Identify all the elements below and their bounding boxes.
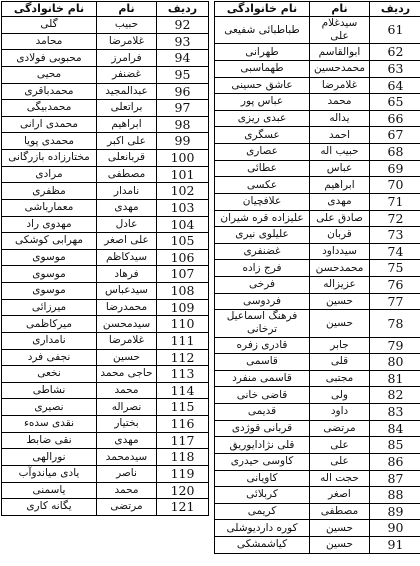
row-number-cell: 108 [157,283,209,300]
family-name-cell: عطائی [215,160,310,177]
table-row: 64غلامرضاعاشق حسینی [215,77,420,94]
family-name-cell: عصاری [215,144,310,161]
family-name-cell: نصیری [2,399,97,416]
table-row: 115نصرالهنصیری [2,399,209,416]
table-row: 69عباسعطائی [215,160,420,177]
row-number-cell: 107 [157,266,209,283]
first-name-cell: مهدی [97,199,157,216]
table-row: 67احمدعسگری [215,127,420,144]
table-row: 78حسینفرهنگ اسماعیل ترخانی [215,310,420,337]
family-name-cell: مظفری [2,183,97,200]
family-name-cell: قاسمی منفرد [215,370,310,387]
first-name-cell: حسین [310,293,370,310]
row-number-cell: 73 [370,227,420,244]
table-row: 103مهدیمعمارباشی [2,199,209,216]
table-row: 104عادلمهدوی راد [2,216,209,233]
row-number-cell: 87 [370,470,420,487]
family-name-cell: کاوسی حیدری [215,453,310,470]
family-name-cell: یاسمنی [2,482,97,499]
table-row: 65محمدعباس پور [215,94,420,111]
family-name-cell: میرزائی [2,299,97,316]
first-name-cell: مجتبی [310,370,370,387]
first-name-cell: براتعلی [97,100,157,117]
first-name-cell: ابوالقاسم [310,44,370,61]
table-row: 99علی اکبرمحمدی پویا [2,133,209,150]
first-name-cell: احمد [310,127,370,144]
row-number-cell: 115 [157,399,209,416]
row-number-cell: 93 [157,33,209,50]
table-row: 66یدالهعبدی ریزی [215,110,420,127]
first-name-cell: علی [310,437,370,454]
row-number-cell: 94 [157,50,209,67]
table-row: 106سیدکاظمموسوی [2,249,209,266]
row-number-cell: 67 [370,127,420,144]
family-name-cell: عاشق حسینی [215,77,310,94]
row-number-cell: 83 [370,404,420,421]
first-name-cell: حاجی محمد [97,366,157,383]
first-name-cell: محمد [97,382,157,399]
table-row: 86علیکاوسی حیدری [215,453,420,470]
row-number-cell: 77 [370,293,420,310]
table-row: 79جابرقادری زفره [215,337,420,354]
table-row: 68حبیب الهعصاری [215,144,420,161]
row-number-cell: 69 [370,160,420,177]
row-number-cell: 101 [157,166,209,183]
family-name-cell: طباطبائی شفیعی [215,17,310,44]
family-name-cell: عبدی ریزی [215,110,310,127]
table-row: 113حاجی محمدنخعی [2,366,209,383]
row-number-cell: 103 [157,199,209,216]
row-number-cell: 86 [370,453,420,470]
table-row: 120محمدیاسمنی [2,482,209,499]
row-number-cell: 116 [157,416,209,433]
first-name-cell: یداله [310,110,370,127]
family-name-cell: میرکاظمی [2,316,97,333]
row-number-cell: 82 [370,387,420,404]
family-name-cell: عسگری [215,127,310,144]
first-name-cell: محمد [310,94,370,111]
first-name-cell: علی اکبر [97,133,157,150]
row-number-cell: 102 [157,183,209,200]
table-row: 61سیدغلام علیطباطبائی شفیعی [215,17,420,44]
names-table-right: ردیف نام نام خانوادگی 61سیدغلام علیطباطب… [214,1,420,554]
first-name-cell: حبیب [97,17,157,34]
first-name-cell: حسین [310,537,370,554]
family-name-cell: عکسی [215,177,310,194]
family-name-cell: یادی میاندوآب [2,465,97,482]
family-name-cell: نشاطی [2,382,97,399]
document-page: ردیف نام نام خانوادگی 92حبیبگلی93غلامرضا… [0,0,420,554]
row-number-cell: 109 [157,299,209,316]
table-row: 97براتعلیمحمدبیگی [2,100,209,117]
first-name-cell: سیدمحسن [97,316,157,333]
table-row: 84مرتضیقربانی قوژدی [215,420,420,437]
table-row: 94فرامرزمحبوبی فولادی [2,50,209,67]
family-name-cell: قلی نژادایوریق [215,437,310,454]
table-row: 118سیدمحمدنورالهی [2,449,209,466]
row-number-cell: 91 [370,537,420,554]
table-row: 109محمدرضامیرزائی [2,299,209,316]
table-row: 101مصطفیمرادی [2,166,209,183]
table-row: 80قلیقاسمی [215,354,420,371]
table-row: 111غلامرضانامداری [2,332,209,349]
table-row: 88اصغرکربلائی [215,487,420,504]
row-number-cell: 76 [370,277,420,294]
row-number-cell: 63 [370,60,420,77]
first-name-cell: ابراهیم [97,116,157,133]
first-name-cell: محمدرضا [97,299,157,316]
first-name-cell: قربان [310,227,370,244]
family-name-cell: فرج زاده [215,260,310,277]
family-name-cell: محمدباقری [2,83,97,100]
family-name-cell: محیی [2,66,97,83]
first-name-cell: مرتضی [97,499,157,516]
family-name-cell: طهرانی [215,44,310,61]
table-row: 100قربانعلیمختارزاده بازرگانی [2,150,209,167]
first-name-cell: حسین [310,520,370,537]
family-name-cell: فرهنگ اسماعیل ترخانی [215,310,310,337]
table-row: 75محمدحسنفرج زاده [215,260,420,277]
row-number-cell: 78 [370,310,420,337]
first-name-cell: قلی [310,354,370,371]
table-row: 95غضنفرمحیی [2,66,209,83]
first-name-cell: قربانعلی [97,150,157,167]
family-name-cell: نامداری [2,332,97,349]
first-name-cell: فرامرز [97,50,157,67]
first-name-cell: مهدی [310,193,370,210]
family-name-cell: علیلوی نیری [215,227,310,244]
row-number-cell: 66 [370,110,420,127]
family-name-cell: علیزاده قره شیران [215,210,310,227]
first-name-cell: علی اصغر [97,233,157,250]
table-row: 96عبدالمجیدمحمدباقری [2,83,209,100]
row-number-cell: 95 [157,66,209,83]
row-number-cell: 68 [370,144,420,161]
table-row: 76عزیزالهفرخی [215,277,420,294]
row-number-cell: 81 [370,370,420,387]
family-name-cell: کیاشمشکی [215,537,310,554]
family-name-cell: محمدی ارانی [2,116,97,133]
row-number-cell: 64 [370,77,420,94]
table-row: 92حبیبگلی [2,17,209,34]
first-name-cell: سیدداود [310,243,370,260]
row-number-cell: 106 [157,249,209,266]
family-name-cell: گلی [2,17,97,34]
row-number-cell: 112 [157,349,209,366]
family-name-cell: قادری زفره [215,337,310,354]
header-row-number: ردیف [370,2,420,17]
family-name-cell: یگانه کاری [2,499,97,516]
table-row: 90حسینکوره داردیوشلی [215,520,420,537]
first-name-cell: عادل [97,216,157,233]
table-row: 108سیدعباسموسوی [2,283,209,300]
row-number-cell: 105 [157,233,209,250]
family-name-cell: معمارباشی [2,199,97,216]
table-row: 82ولیقاضی خانی [215,387,420,404]
row-number-cell: 121 [157,499,209,516]
family-name-cell: محمدبیگی [2,100,97,117]
family-name-cell: مرادی [2,166,97,183]
row-number-cell: 79 [370,337,420,354]
names-table-left: ردیف نام نام خانوادگی 92حبیبگلی93غلامرضا… [1,1,209,516]
first-name-cell: سیدغلام علی [310,17,370,44]
first-name-cell: غلامرضا [310,77,370,94]
family-name-cell: قاسمی [215,354,310,371]
family-name-cell: موسوی [2,283,97,300]
first-name-cell: سیدمحمد [97,449,157,466]
table-row: 72صادق علیعلیزاده قره شیران [215,210,420,227]
first-name-cell: مصطفی [310,503,370,520]
table-row: 117مهدینقی ضابط [2,432,209,449]
first-name-cell: حجت اله [310,470,370,487]
family-name-cell: نورالهی [2,449,97,466]
row-number-cell: 70 [370,177,420,194]
family-name-cell: نقی ضابط [2,432,97,449]
first-name-cell: عباس [310,160,370,177]
row-number-cell: 71 [370,193,420,210]
first-name-cell: جابر [310,337,370,354]
family-name-cell: کربلائی [215,487,310,504]
header-row: ردیف نام نام خانوادگی [2,2,209,17]
first-name-cell: ناصر [97,465,157,482]
header-family-name: نام خانوادگی [2,2,97,17]
family-name-cell: موسوی [2,266,97,283]
family-name-cell: غضنفری [215,243,310,260]
row-number-cell: 119 [157,465,209,482]
row-number-cell: 113 [157,366,209,383]
row-number-cell: 117 [157,432,209,449]
first-name-cell: محمد [97,482,157,499]
first-name-cell: سیدکاظم [97,249,157,266]
family-name-cell: نقدی سدهء [2,416,97,433]
family-name-cell: موسوی [2,249,97,266]
header-row-number: ردیف [157,2,209,17]
family-name-cell: طهماسبی [215,60,310,77]
family-name-cell: کاویانی [215,470,310,487]
row-number-cell: 114 [157,382,209,399]
first-name-cell: ولی [310,387,370,404]
table-row: 87حجت الهکاویانی [215,470,420,487]
first-name-cell: غلامرضا [97,33,157,50]
table-row: 116بختیارنقدی سدهء [2,416,209,433]
table-row: 77حسینفردوسی [215,293,420,310]
family-name-cell: مهرابی کوشکی [2,233,97,250]
first-name-cell: داود [310,404,370,421]
family-name-cell: کریمی [215,503,310,520]
table-row: 62ابوالقاسمطهرانی [215,44,420,61]
first-name-cell: حسین [97,349,157,366]
first-name-cell: بختیار [97,416,157,433]
table-row: 63محمدحسینطهماسبی [215,60,420,77]
row-number-cell: 61 [370,17,420,44]
family-name-cell: نجفی فرد [2,349,97,366]
row-number-cell: 84 [370,420,420,437]
table-row: 114محمدنشاطی [2,382,209,399]
first-name-cell: سیدعباس [97,283,157,300]
header-first-name: نام [310,2,370,17]
first-name-cell: نصراله [97,399,157,416]
row-number-cell: 75 [370,260,420,277]
row-number-cell: 111 [157,332,209,349]
table-row: 102نامدارمظفری [2,183,209,200]
family-name-cell: مهدوی راد [2,216,97,233]
table-row: 73قربانعلیلوی نیری [215,227,420,244]
row-number-cell: 98 [157,116,209,133]
family-name-cell: عباس پور [215,94,310,111]
row-number-cell: 118 [157,449,209,466]
header-family-name: نام خانوادگی [215,2,310,17]
row-number-cell: 97 [157,100,209,117]
table-row: 119ناصریادی میاندوآب [2,465,209,482]
first-name-cell: محمدحسین [310,60,370,77]
row-number-cell: 74 [370,243,420,260]
row-number-cell: 65 [370,94,420,111]
row-number-cell: 92 [157,17,209,34]
first-name-cell: اصغر [310,487,370,504]
family-name-cell: کوره داردیوشلی [215,520,310,537]
first-name-cell: حسین [310,310,370,337]
first-name-cell: ابراهیم [310,177,370,194]
row-number-cell: 120 [157,482,209,499]
family-name-cell: علافچیان [215,193,310,210]
table-row: 89مصطفیکریمی [215,503,420,520]
family-name-cell: نخعی [2,366,97,383]
family-name-cell: قدیمی [215,404,310,421]
row-number-cell: 85 [370,437,420,454]
row-number-cell: 88 [370,487,420,504]
table-row: 121مرتضییگانه کاری [2,499,209,516]
table-row: 105علی اصغرمهرابی کوشکی [2,233,209,250]
first-name-cell: صادق علی [310,210,370,227]
table-row: 93غلامرضامحامد [2,33,209,50]
first-name-cell: نامدار [97,183,157,200]
table-row: 107فرهادموسوی [2,266,209,283]
row-number-cell: 62 [370,44,420,61]
first-name-cell: محمدحسن [310,260,370,277]
first-name-cell: فرهاد [97,266,157,283]
first-name-cell: غلامرضا [97,332,157,349]
first-name-cell: عزیزاله [310,277,370,294]
table-row: 91حسینکیاشمشکی [215,537,420,554]
family-name-cell: فردوسی [215,293,310,310]
row-number-cell: 80 [370,354,420,371]
family-name-cell: قاضی خانی [215,387,310,404]
header-first-name: نام [97,2,157,17]
table-row: 85علیقلی نژادایوریق [215,437,420,454]
row-number-cell: 72 [370,210,420,227]
header-row: ردیف نام نام خانوادگی [215,2,420,17]
row-number-cell: 110 [157,316,209,333]
first-name-cell: حبیب اله [310,144,370,161]
first-name-cell: مصطفی [97,166,157,183]
table-row: 83داودقدیمی [215,404,420,421]
table-row: 71مهدیعلافچیان [215,193,420,210]
first-name-cell: عبدالمجید [97,83,157,100]
table-row: 81مجتبیقاسمی منفرد [215,370,420,387]
row-number-cell: 99 [157,133,209,150]
table-row: 70ابراهیمعکسی [215,177,420,194]
family-name-cell: فرخی [215,277,310,294]
table-row: 74سیدداودغضنفری [215,243,420,260]
row-number-cell: 104 [157,216,209,233]
family-name-cell: محمدی پویا [2,133,97,150]
first-name-cell: علی [310,453,370,470]
table-row: 112حسیننجفی فرد [2,349,209,366]
family-name-cell: مختارزاده بازرگانی [2,150,97,167]
row-number-cell: 100 [157,150,209,167]
family-name-cell: محامد [2,33,97,50]
family-name-cell: قربانی قوژدی [215,420,310,437]
family-name-cell: محبوبی فولادی [2,50,97,67]
table-row: 110سیدمحسنمیرکاظمی [2,316,209,333]
row-number-cell: 90 [370,520,420,537]
row-number-cell: 96 [157,83,209,100]
table-row: 98ابراهیممحمدی ارانی [2,116,209,133]
first-name-cell: مرتضی [310,420,370,437]
first-name-cell: مهدی [97,432,157,449]
row-number-cell: 89 [370,503,420,520]
first-name-cell: غضنفر [97,66,157,83]
